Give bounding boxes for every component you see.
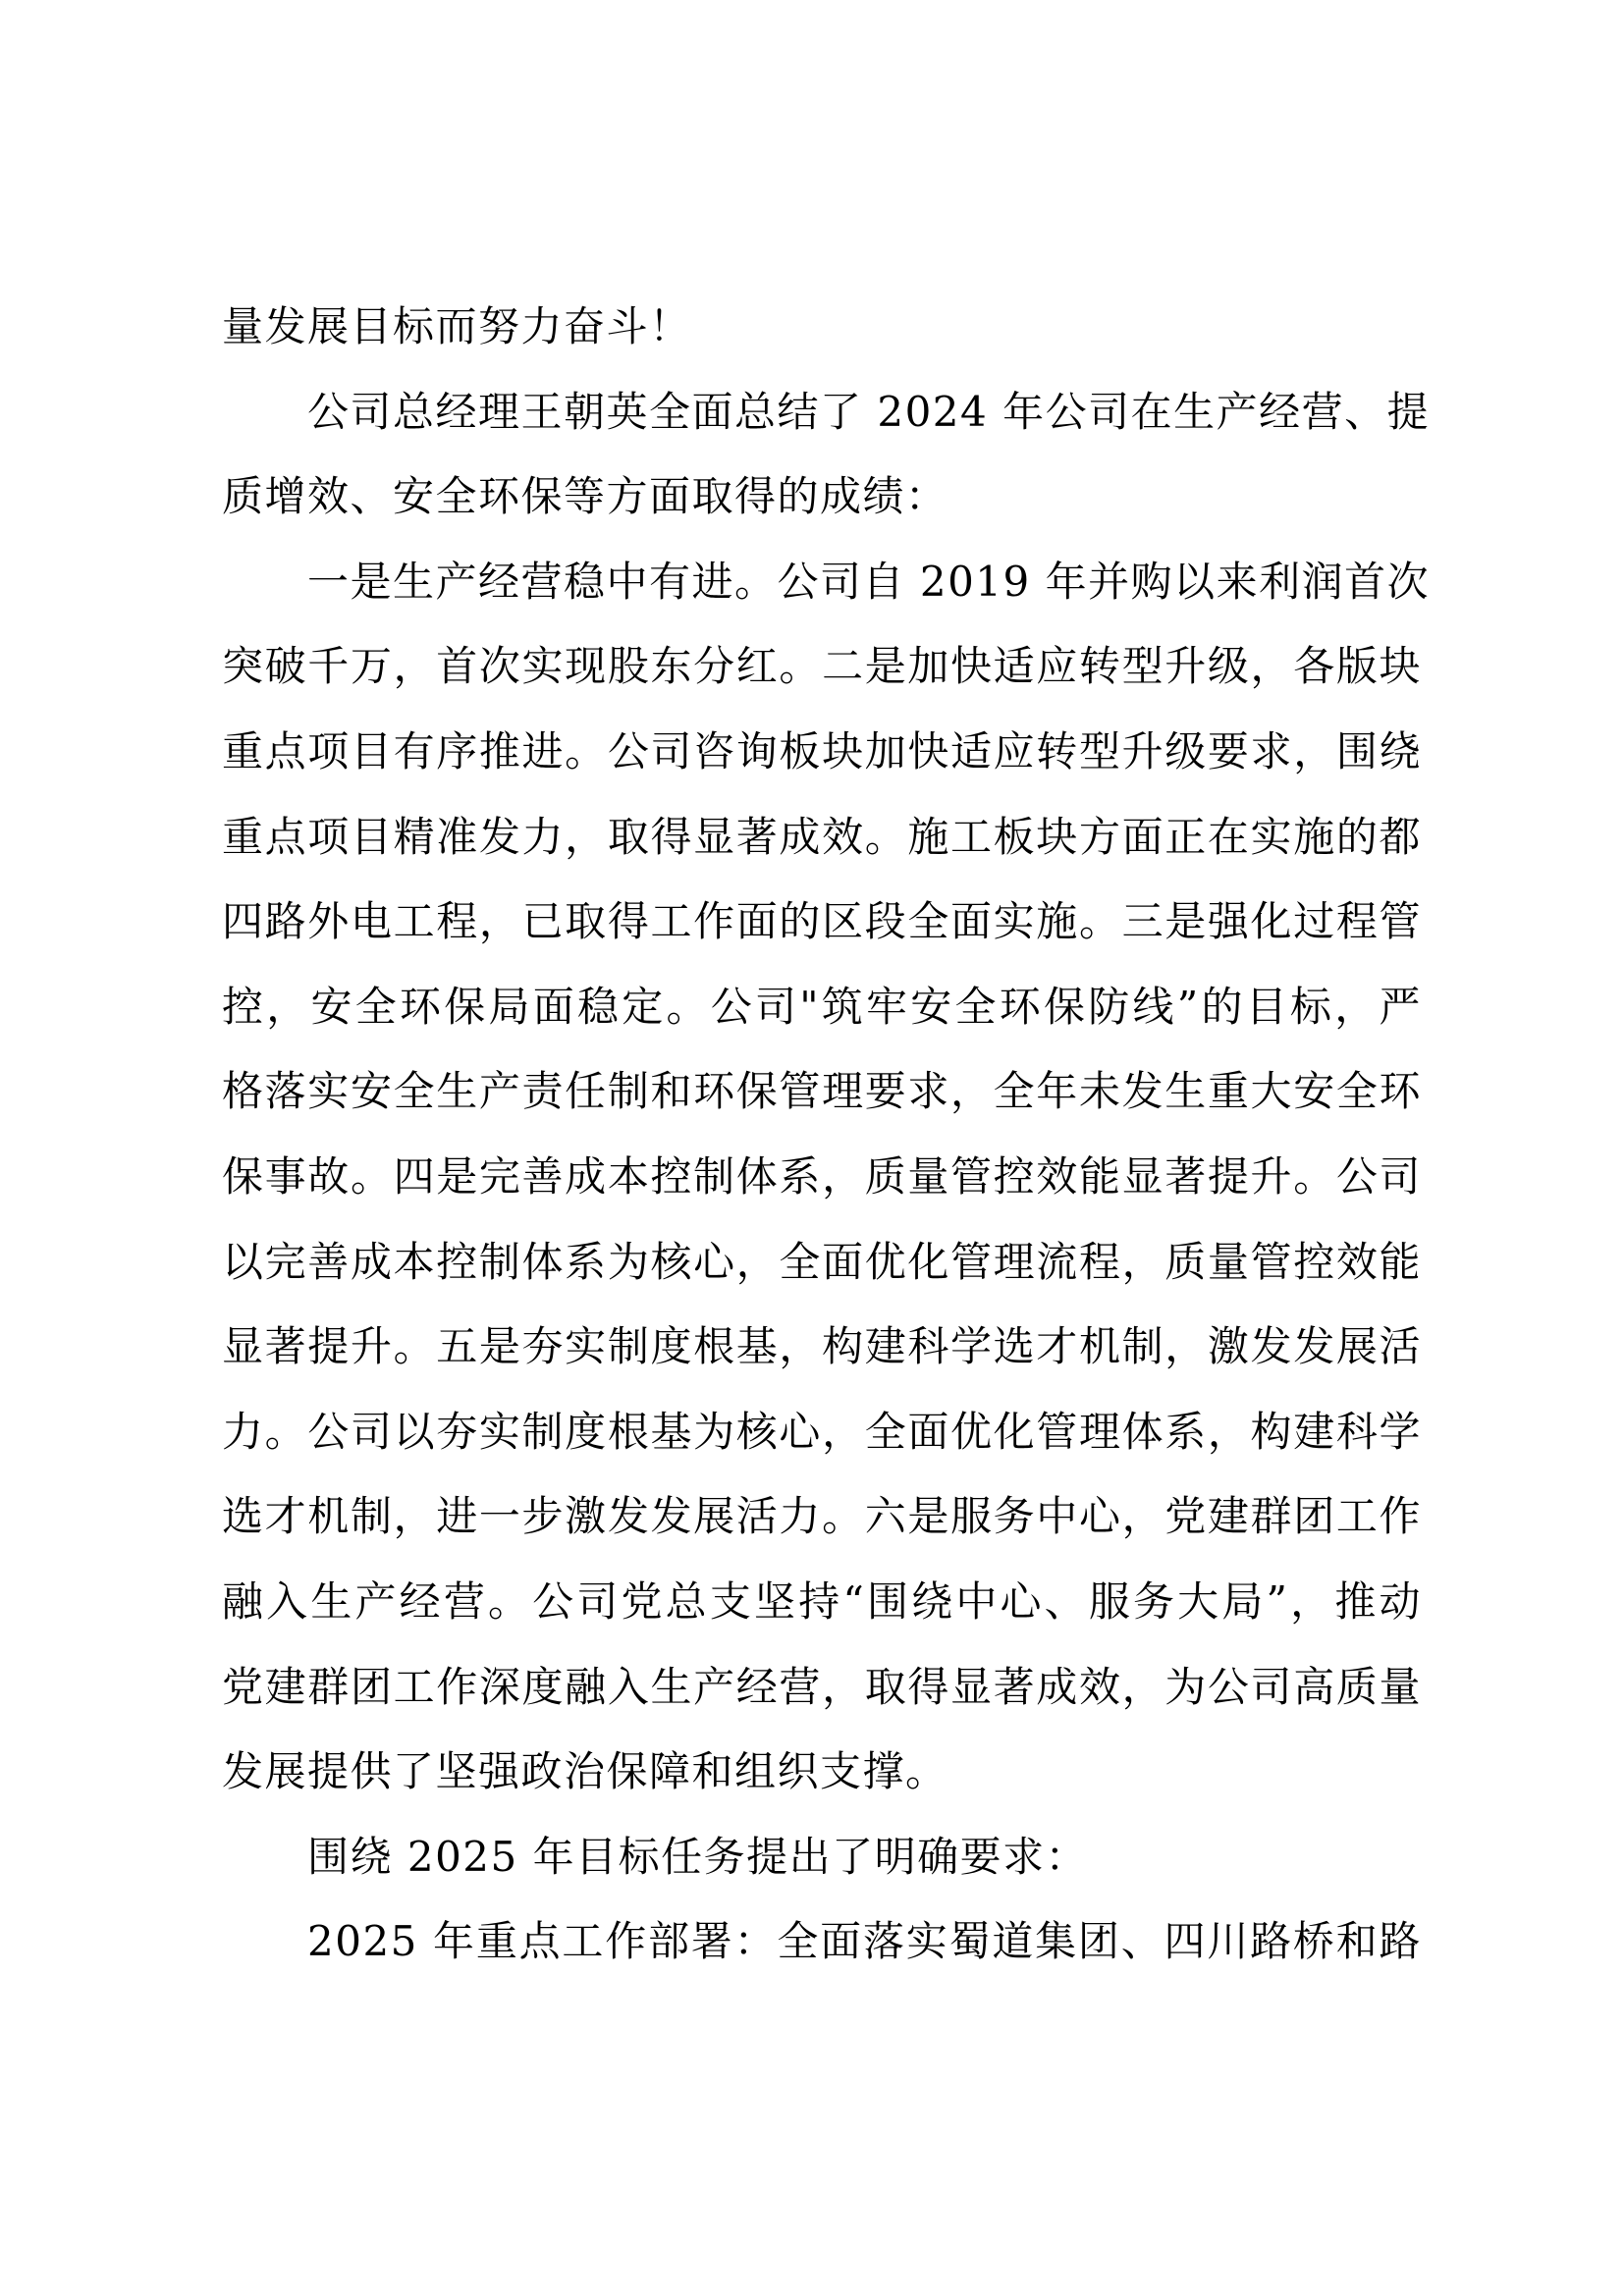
text-line: 量发展目标而努力奋斗！ <box>222 303 1422 350</box>
text-line: 力。公司以夯实制度根基为核心，全面优化管理体系，构建科学 <box>222 1409 1422 1456</box>
text-line: 保事故。四是完善成本控制体系，质量管控效能显著提升。公司 <box>222 1153 1422 1201</box>
text-line: 显著提升。五是夯实制度根基，构建科学选才机制，激发发展活 <box>222 1323 1422 1370</box>
text-line: 重点项目有序推进。公司咨询板块加快适应转型升级要求，围绕 <box>222 728 1422 775</box>
text-line: 以完善成本控制体系为核心，全面优化管理流程，质量管控效能 <box>222 1239 1422 1286</box>
text-line: 四路外电工程，已取得工作面的区段全面实施。三是强化过程管 <box>222 898 1422 945</box>
text-line: 选才机制，进一步激发发展活力。六是服务中心，党建群团工作 <box>222 1493 1422 1540</box>
text-line: 质增效、安全环保等方面取得的成绩： <box>222 473 1422 520</box>
text-line: 发展提供了坚强政治保障和组织支撑。 <box>222 1748 1422 1795</box>
text-line: 融入生产经营。公司党总支坚持“围绕中心、服务大局”，推动 <box>222 1578 1422 1626</box>
document-page: 量发展目标而努力奋斗！ 公司总经理王朝英全面总结了 2024 年公司在生产经营、… <box>0 0 1624 2296</box>
text-line: 党建群团工作深度融入生产经营，取得显著成效，为公司高质量 <box>222 1664 1422 1711</box>
text-line: 公司总经理王朝英全面总结了 2024 年公司在生产经营、提 <box>307 389 1422 436</box>
text-line: 重点项目精准发力，取得显著成效。施工板块方面正在实施的都 <box>222 814 1422 861</box>
text-line: 格落实安全生产责任制和环保管理要求，全年未发生重大安全环 <box>222 1068 1422 1115</box>
text-line: 控，安全环保局面稳定。公司"筑牢安全环保防线”的目标，严 <box>222 984 1422 1031</box>
text-line: 2025 年重点工作部署：全面落实蜀道集团、四川路桥和路 <box>307 1918 1422 1965</box>
text-line: 围绕 2025 年目标任务提出了明确要求： <box>307 1834 1422 1881</box>
text-line: 突破千万，首次实现股东分红。二是加快适应转型升级，各版块 <box>222 643 1422 690</box>
text-line: 一是生产经营稳中有进。公司自 2019 年并购以来利润首次 <box>307 559 1422 606</box>
